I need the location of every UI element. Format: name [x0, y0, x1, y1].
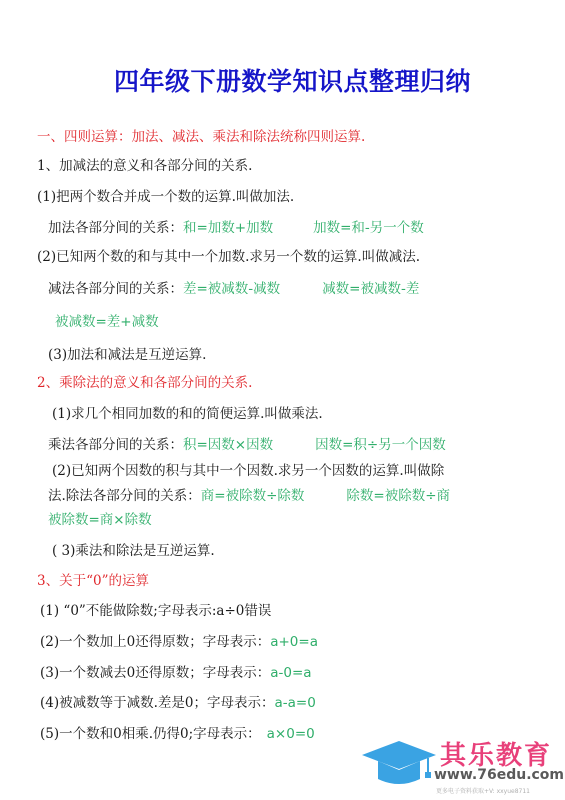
division-definition-line2: 法.除法各部分间的关系： — [48, 488, 201, 504]
formula-factor: 因数=积÷另一个因数 — [315, 437, 446, 453]
subtraction-relations-label: 减法各部分间的关系： — [48, 281, 183, 297]
subheading-zero: 3、关于“0”的运算 — [37, 572, 149, 590]
zero-rule-5: (5)一个数和0相乘.仍得0;字母表示：a×0=0 — [40, 725, 315, 743]
subheading-mul-div: 2、乘除法的意义和各部分间的关系. — [37, 374, 252, 392]
formula-product: 积=因数×因数 — [183, 437, 273, 453]
zero-rule-1-text: (1) “0”不能做除数;字母表示:a÷0错误 — [40, 603, 271, 619]
addition-definition: (1)把两个数合并成一个数的运算.叫做加法. — [37, 188, 294, 206]
division-relations: 法.除法各部分间的关系：商=被除数÷除数除数=被除数÷商 — [48, 487, 450, 505]
formula-addend: 加数=和-另一个数 — [313, 220, 424, 236]
zero-rule-5-text: (5)一个数和0相乘.仍得0;字母表示： — [40, 726, 261, 742]
watermark-note: 更多电子资料获取+V: xxyue8711 — [436, 786, 530, 795]
addition-relations-label: 加法各部分间的关系： — [48, 220, 183, 236]
multiplication-definition: (1)求几个相同加数的和的简便运算.叫做乘法. — [52, 405, 323, 423]
zero-rule-2-text: (2)一个数加上0还得原数；字母表示： — [40, 634, 270, 650]
formula-dividend: 被除数=商×除数 — [48, 511, 152, 529]
zero-rule-4-text: (4)被减数等于减数.差是0；字母表示： — [40, 695, 275, 711]
subtraction-relations: 减法各部分间的关系：差=被减数-减数减数=被减数-差 — [48, 280, 419, 298]
zero-rule-4-formula: a-a=0 — [275, 695, 316, 711]
subtraction-definition: (2)已知两个数的和与其中一个加数.求另一个数的运算.叫做减法. — [37, 248, 420, 266]
mul-div-inverse: ( 3)乘法和除法是互逆运算. — [52, 542, 215, 560]
zero-rule-3: (3)一个数减去0还得原数；字母表示：a-0=a — [40, 664, 312, 682]
zero-rule-5-formula: a×0=0 — [267, 726, 315, 742]
zero-rule-3-text: (3)一个数减去0还得原数；字母表示： — [40, 665, 270, 681]
formula-divisor: 除数=被除数÷商 — [346, 488, 450, 504]
zero-rule-1: (1) “0”不能做除数;字母表示:a÷0错误 — [40, 602, 271, 620]
multiplication-relations-label: 乘法各部分间的关系： — [48, 437, 183, 453]
watermark-logo: 其乐教育 www.76edu.com 更多电子资料获取+V: xxyue8711 — [362, 735, 565, 800]
multiplication-relations: 乘法各部分间的关系：积=因数×因数因数=积÷另一个因数 — [48, 436, 446, 454]
formula-quotient: 商=被除数÷除数 — [201, 488, 305, 504]
formula-subtrahend: 减数=被减数-差 — [322, 281, 419, 297]
formula-sum: 和=加数+加数 — [183, 220, 273, 236]
division-definition-line1: (2)已知两个因数的积与其中一个因数.求另一个因数的运算.叫做除 — [52, 462, 444, 480]
formula-minuend: 被减数=差+减数 — [55, 313, 159, 331]
subheading-add-sub: 1、加减法的意义和各部分间的关系. — [37, 157, 252, 175]
addition-relations: 加法各部分间的关系：和=加数+加数加数=和-另一个数 — [48, 219, 424, 237]
zero-rule-2-formula: a+0=a — [270, 634, 318, 650]
zero-rule-3-formula: a-0=a — [270, 665, 311, 681]
zero-rule-2: (2)一个数加上0还得原数；字母表示：a+0=a — [40, 633, 318, 651]
zero-rule-4: (4)被减数等于减数.差是0；字母表示：a-a=0 — [40, 694, 316, 712]
add-sub-inverse: (3)加法和减法是互逆运算. — [48, 346, 206, 364]
page-title: 四年级下册数学知识点整理归纳 — [0, 62, 565, 98]
section-heading-four-operations: 一、四则运算：加法、减法、乘法和除法统称四则运算. — [37, 128, 365, 146]
formula-difference: 差=被减数-减数 — [183, 281, 280, 297]
brand-url: www.76edu.com — [434, 767, 564, 783]
graduation-cap-icon — [362, 739, 437, 785]
